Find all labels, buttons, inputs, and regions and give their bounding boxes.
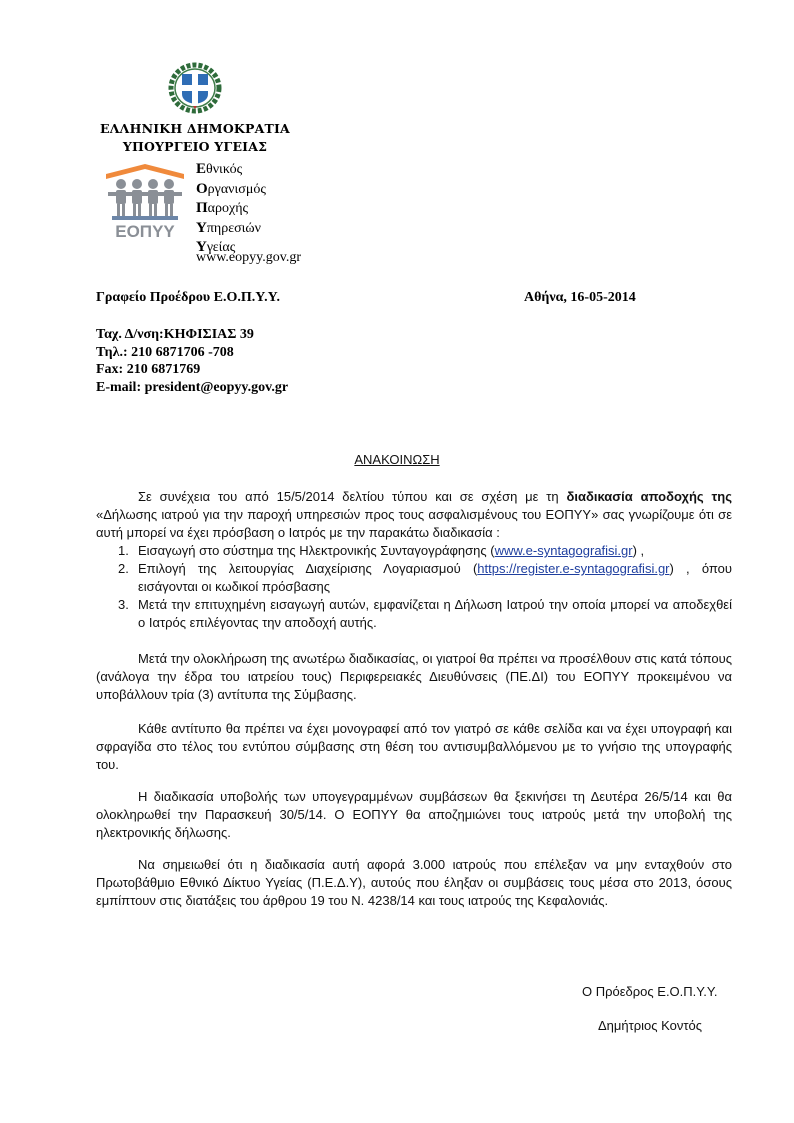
steps-list: 1.Εισαγωγή στο σύστημα της Ηλεκτρονικής … [118,542,732,632]
republic-heading: ΕΛΛΗΝΙΚΗ ΔΗΜΟΚΡΑΤΙΑ ΥΠΟΥΡΓΕΙΟ ΥΓΕΙΑΣ [100,120,290,156]
org-website: www.eopyy.gov.gr [196,250,301,266]
paragraph-2: Μετά την ολοκλήρωση της ανωτέρω διαδικασ… [96,650,732,704]
logo-text: ΕΟΠΥΥ [115,222,175,240]
contact-address: Ταχ. Δ/νση:ΚΗΦΙΣΙΑΣ 39 [96,326,288,344]
paragraph-5: Να σημειωθεί ότι η διαδικασία αυτή αφορά… [96,856,732,910]
document-page: ΕΛΛΗΝΙΚΗ ΔΗΜΟΚΡΑΤΙΑ ΥΠΟΥΡΓΕΙΟ ΥΓΕΙΑΣ ΕΟΠ… [0,0,794,1123]
intro-paragraph: Σε συνέχεια του από 15/5/2014 δελτίου τύ… [96,488,732,542]
contact-fax: Fax: 210 6871769 [96,361,288,379]
contact-phone: Τηλ.: 210 6871706 -708 [96,344,288,362]
signature-title: Ο Πρόεδρος Ε.Ο.Π.Υ.Υ. [582,984,718,999]
org-line-1: Εθνικός [196,160,266,180]
document-date: Αθήνα, 16-05-2014 [524,290,636,306]
step-item: 1.Εισαγωγή στο σύστημα της Ηλεκτρονικής … [118,542,732,560]
syntagografisi-link[interactable]: www.e-syntagografisi.gr [495,543,633,558]
intro-bold: διαδικασία αποδοχής της [566,489,732,504]
organization-name: Εθνικός Οργανισμός Παροχής Υπηρεσιών Υγε… [196,160,266,258]
org-line-4: Υπηρεσιών [196,219,266,239]
org-line-3: Παροχής [196,199,266,219]
republic-line-1: ΕΛΛΗΝΙΚΗ ΔΗΜΟΚΡΑΤΙΑ [100,120,290,138]
announcement-title: ΑΝΑΚΟΙΝΩΣΗ [0,452,794,467]
paragraph-4: Η διαδικασία υποβολής των υπογεγραμμένων… [96,788,732,842]
register-link[interactable]: https://register.e-syntagografisi.gr [477,561,669,576]
org-line-2: Οργανισμός [196,180,266,200]
republic-line-2: ΥΠΟΥΡΓΕΙΟ ΥΓΕΙΑΣ [100,138,290,156]
contact-block: Ταχ. Δ/νση:ΚΗΦΙΣΙΑΣ 39 Τηλ.: 210 6871706… [96,326,288,396]
signature-name: Δημήτριος Κοντός [598,1018,702,1033]
eopyy-logo: ΕΟΠΥΥ [104,160,186,240]
step-item: 3.Μετά την επιτυχημένη εισαγωγή αυτών, ε… [118,596,732,632]
greek-coat-of-arms-icon [168,62,222,114]
sender-office: Γραφείο Προέδρου Ε.Ο.Π.Υ.Υ. [96,290,280,306]
paragraph-3: Κάθε αντίτυπο θα πρέπει να έχει μονογραφ… [96,720,732,774]
contact-email: E-mail: president@eopyy.gov.gr [96,379,288,397]
step-item: 2.Επιλογή της λειτουργίας Διαχείρισης Λο… [118,560,732,596]
